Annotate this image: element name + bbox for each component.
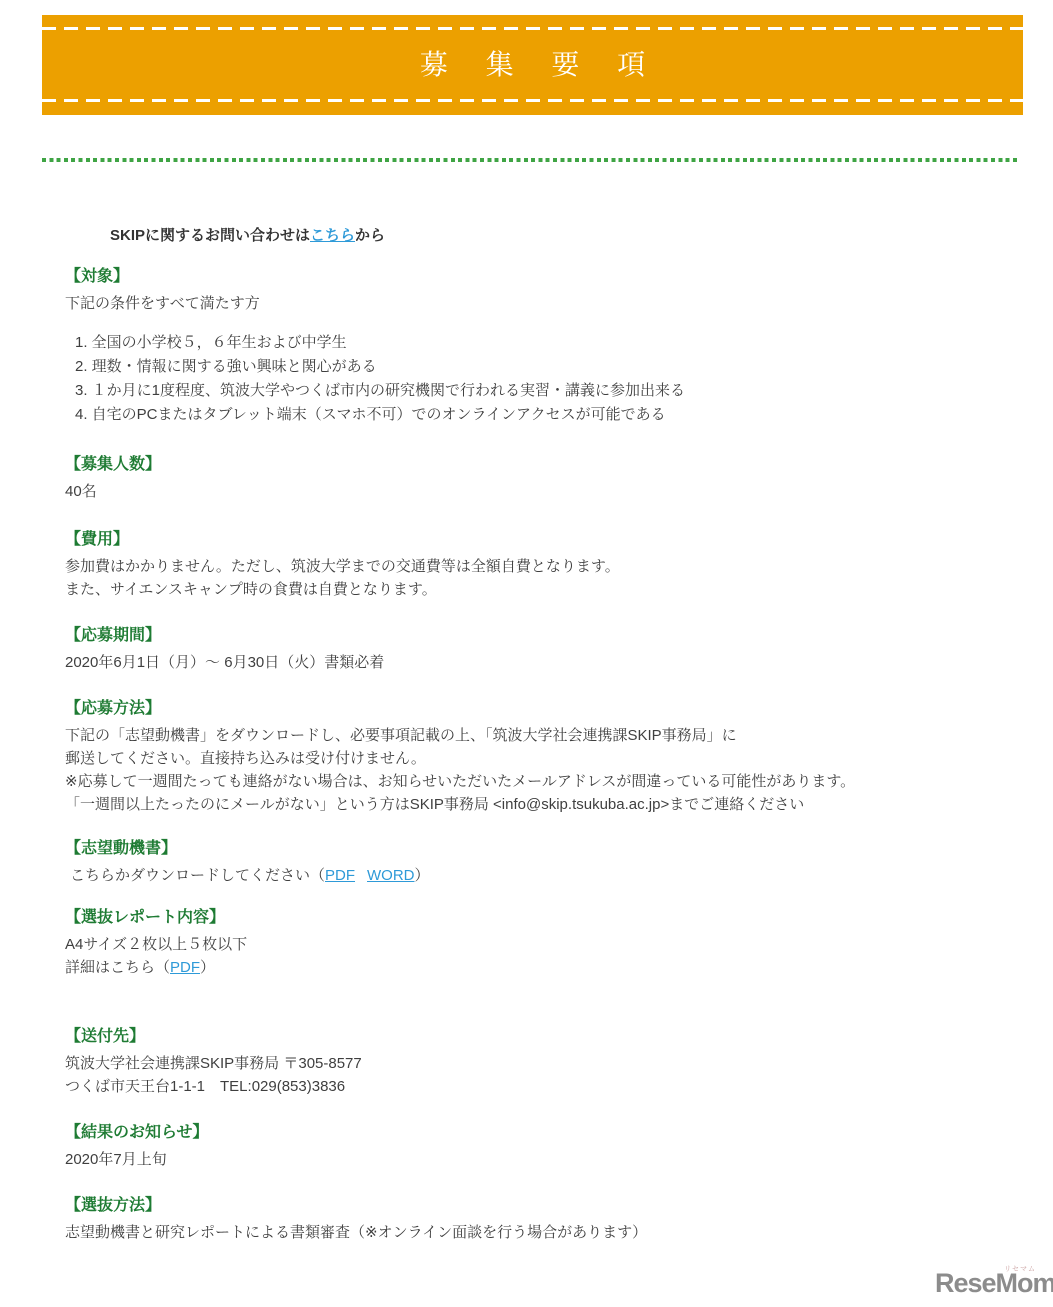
capacity-value: 40名: [65, 480, 1005, 503]
result-value: 2020年7月上旬: [65, 1148, 1005, 1171]
report-detail-suffix: ）: [200, 959, 215, 976]
section-heading-selection: 【選抜方法】: [65, 1195, 1005, 1217]
report-detail-prefix: 詳細はこちら（: [65, 959, 170, 976]
section-result: 【結果のお知らせ】 2020年7月上旬: [65, 1122, 1005, 1171]
section-heading-address: 【送付先】: [65, 1026, 1005, 1048]
motivation-suffix: ）: [415, 867, 430, 884]
condition-list: 1. 全国の小学校５，６年生および中学生 2. 理数・情報に関する強い興味と関心…: [65, 331, 1005, 427]
section-cost: 【費用】 参加費はかかりません。ただし、筑波大学までの交通費等は全額自費となりま…: [65, 529, 1005, 601]
section-address: 【送付先】 筑波大学社会連携課SKIP事務局 〒305-8577 つくば市天王台…: [65, 1026, 1005, 1098]
method-line: 郵送してください。直接持ち込みは受け付けません。: [65, 747, 1005, 770]
method-line: 下記の「志望動機書」をダウンロードし、必要事項記載の上、「筑波大学社会連携課SK…: [65, 724, 1005, 747]
contact-link[interactable]: こちら: [310, 227, 355, 244]
list-item: 3. １か月に1度程度、筑波大学やつくば市内の研究機関で行われる実習・講義に参加…: [75, 379, 1005, 403]
motivation-word-link[interactable]: WORD: [367, 867, 415, 884]
address-line: つくば市天王台1-1-1 TEL:029(853)3836: [65, 1075, 1005, 1098]
target-lead: 下記の条件をすべて満たす方: [65, 292, 1005, 315]
section-report: 【選抜レポート内容】 A4サイズ２枚以上５枚以下 詳細はこちら（PDF）: [65, 907, 1005, 979]
section-capacity: 【募集人数】 40名: [65, 454, 1005, 503]
section-heading-motivation: 【志望動機書】: [65, 838, 1005, 860]
section-heading-cost: 【費用】: [65, 529, 1005, 551]
period-value: 2020年6月1日（月）～ 6月30日（火）書類必着: [65, 651, 1005, 674]
header-banner: 募 集 要 項: [42, 15, 1023, 115]
resemom-logo: リセマム ReseMom.: [935, 1263, 1050, 1303]
contact-suffix: から: [355, 227, 385, 244]
list-item: 2. 理数・情報に関する強い興味と関心がある: [75, 355, 1005, 379]
section-method: 【応募方法】 下記の「志望動機書」をダウンロードし、必要事項記載の上、「筑波大学…: [65, 698, 1005, 816]
address-line: 筑波大学社会連携課SKIP事務局 〒305-8577: [65, 1052, 1005, 1075]
section-period: 【応募期間】 2020年6月1日（月）～ 6月30日（火）書類必着: [65, 625, 1005, 674]
section-heading-target: 【対象】: [65, 266, 1005, 288]
resemom-logo-ruby: リセマム: [1004, 1264, 1036, 1274]
list-item: 1. 全国の小学校５，６年生および中学生: [75, 331, 1005, 355]
section-target: 【対象】 下記の条件をすべて満たす方 1. 全国の小学校５，６年生および中学生 …: [65, 266, 1005, 427]
dotted-separator: [42, 158, 1020, 162]
cost-line: 参加費はかかりません。ただし、筑波大学までの交通費等は全額自費となります。: [65, 555, 1005, 578]
motivation-line: こちらかダウンロードしてください（PDFWORD）: [65, 864, 1005, 887]
section-heading-period: 【応募期間】: [65, 625, 1005, 647]
section-heading-result: 【結果のお知らせ】: [65, 1122, 1005, 1144]
section-heading-report: 【選抜レポート内容】: [65, 907, 1005, 929]
report-detail-line: 詳細はこちら（PDF）: [65, 956, 1005, 979]
report-size-line: A4サイズ２枚以上５枚以下: [65, 933, 1005, 956]
motivation-pdf-link[interactable]: PDF: [325, 867, 355, 884]
method-line: 「一週間以上たったのにメールがない」という方はSKIP事務局 <info@ski…: [65, 793, 1005, 816]
selection-value: 志望動機書と研究レポートによる書類審査（※オンライン面談を行う場合があります）: [65, 1221, 1005, 1244]
method-line: ※応募して一週間たっても連絡がない場合は、お知らせいただいたメールアドレスが間違…: [65, 770, 1005, 793]
contact-line: SKIPに関するお問い合わせはこちらから: [65, 225, 1005, 247]
section-heading-capacity: 【募集人数】: [65, 454, 1005, 476]
contact-prefix: SKIPに関するお問い合わせは: [110, 227, 310, 244]
section-motivation: 【志望動機書】 こちらかダウンロードしてください（PDFWORD）: [65, 838, 1005, 887]
section-selection: 【選抜方法】 志望動機書と研究レポートによる書類審査（※オンライン面談を行う場合…: [65, 1195, 1005, 1244]
main-content: SKIPに関するお問い合わせはこちらから 【対象】 下記の条件をすべて満たす方 …: [65, 225, 1005, 1244]
cost-line: また、サイエンスキャンプ時の食費は自費となります。: [65, 578, 1005, 601]
section-heading-method: 【応募方法】: [65, 698, 1005, 720]
list-item: 4. 自宅のPCまたはタブレット端末（スマホ不可）でのオンラインアクセスが可能で…: [75, 403, 1005, 427]
report-pdf-link[interactable]: PDF: [170, 959, 200, 976]
banner-dashed-line-bottom: [42, 99, 1023, 102]
motivation-prefix: こちらかダウンロードしてください（: [70, 867, 325, 884]
